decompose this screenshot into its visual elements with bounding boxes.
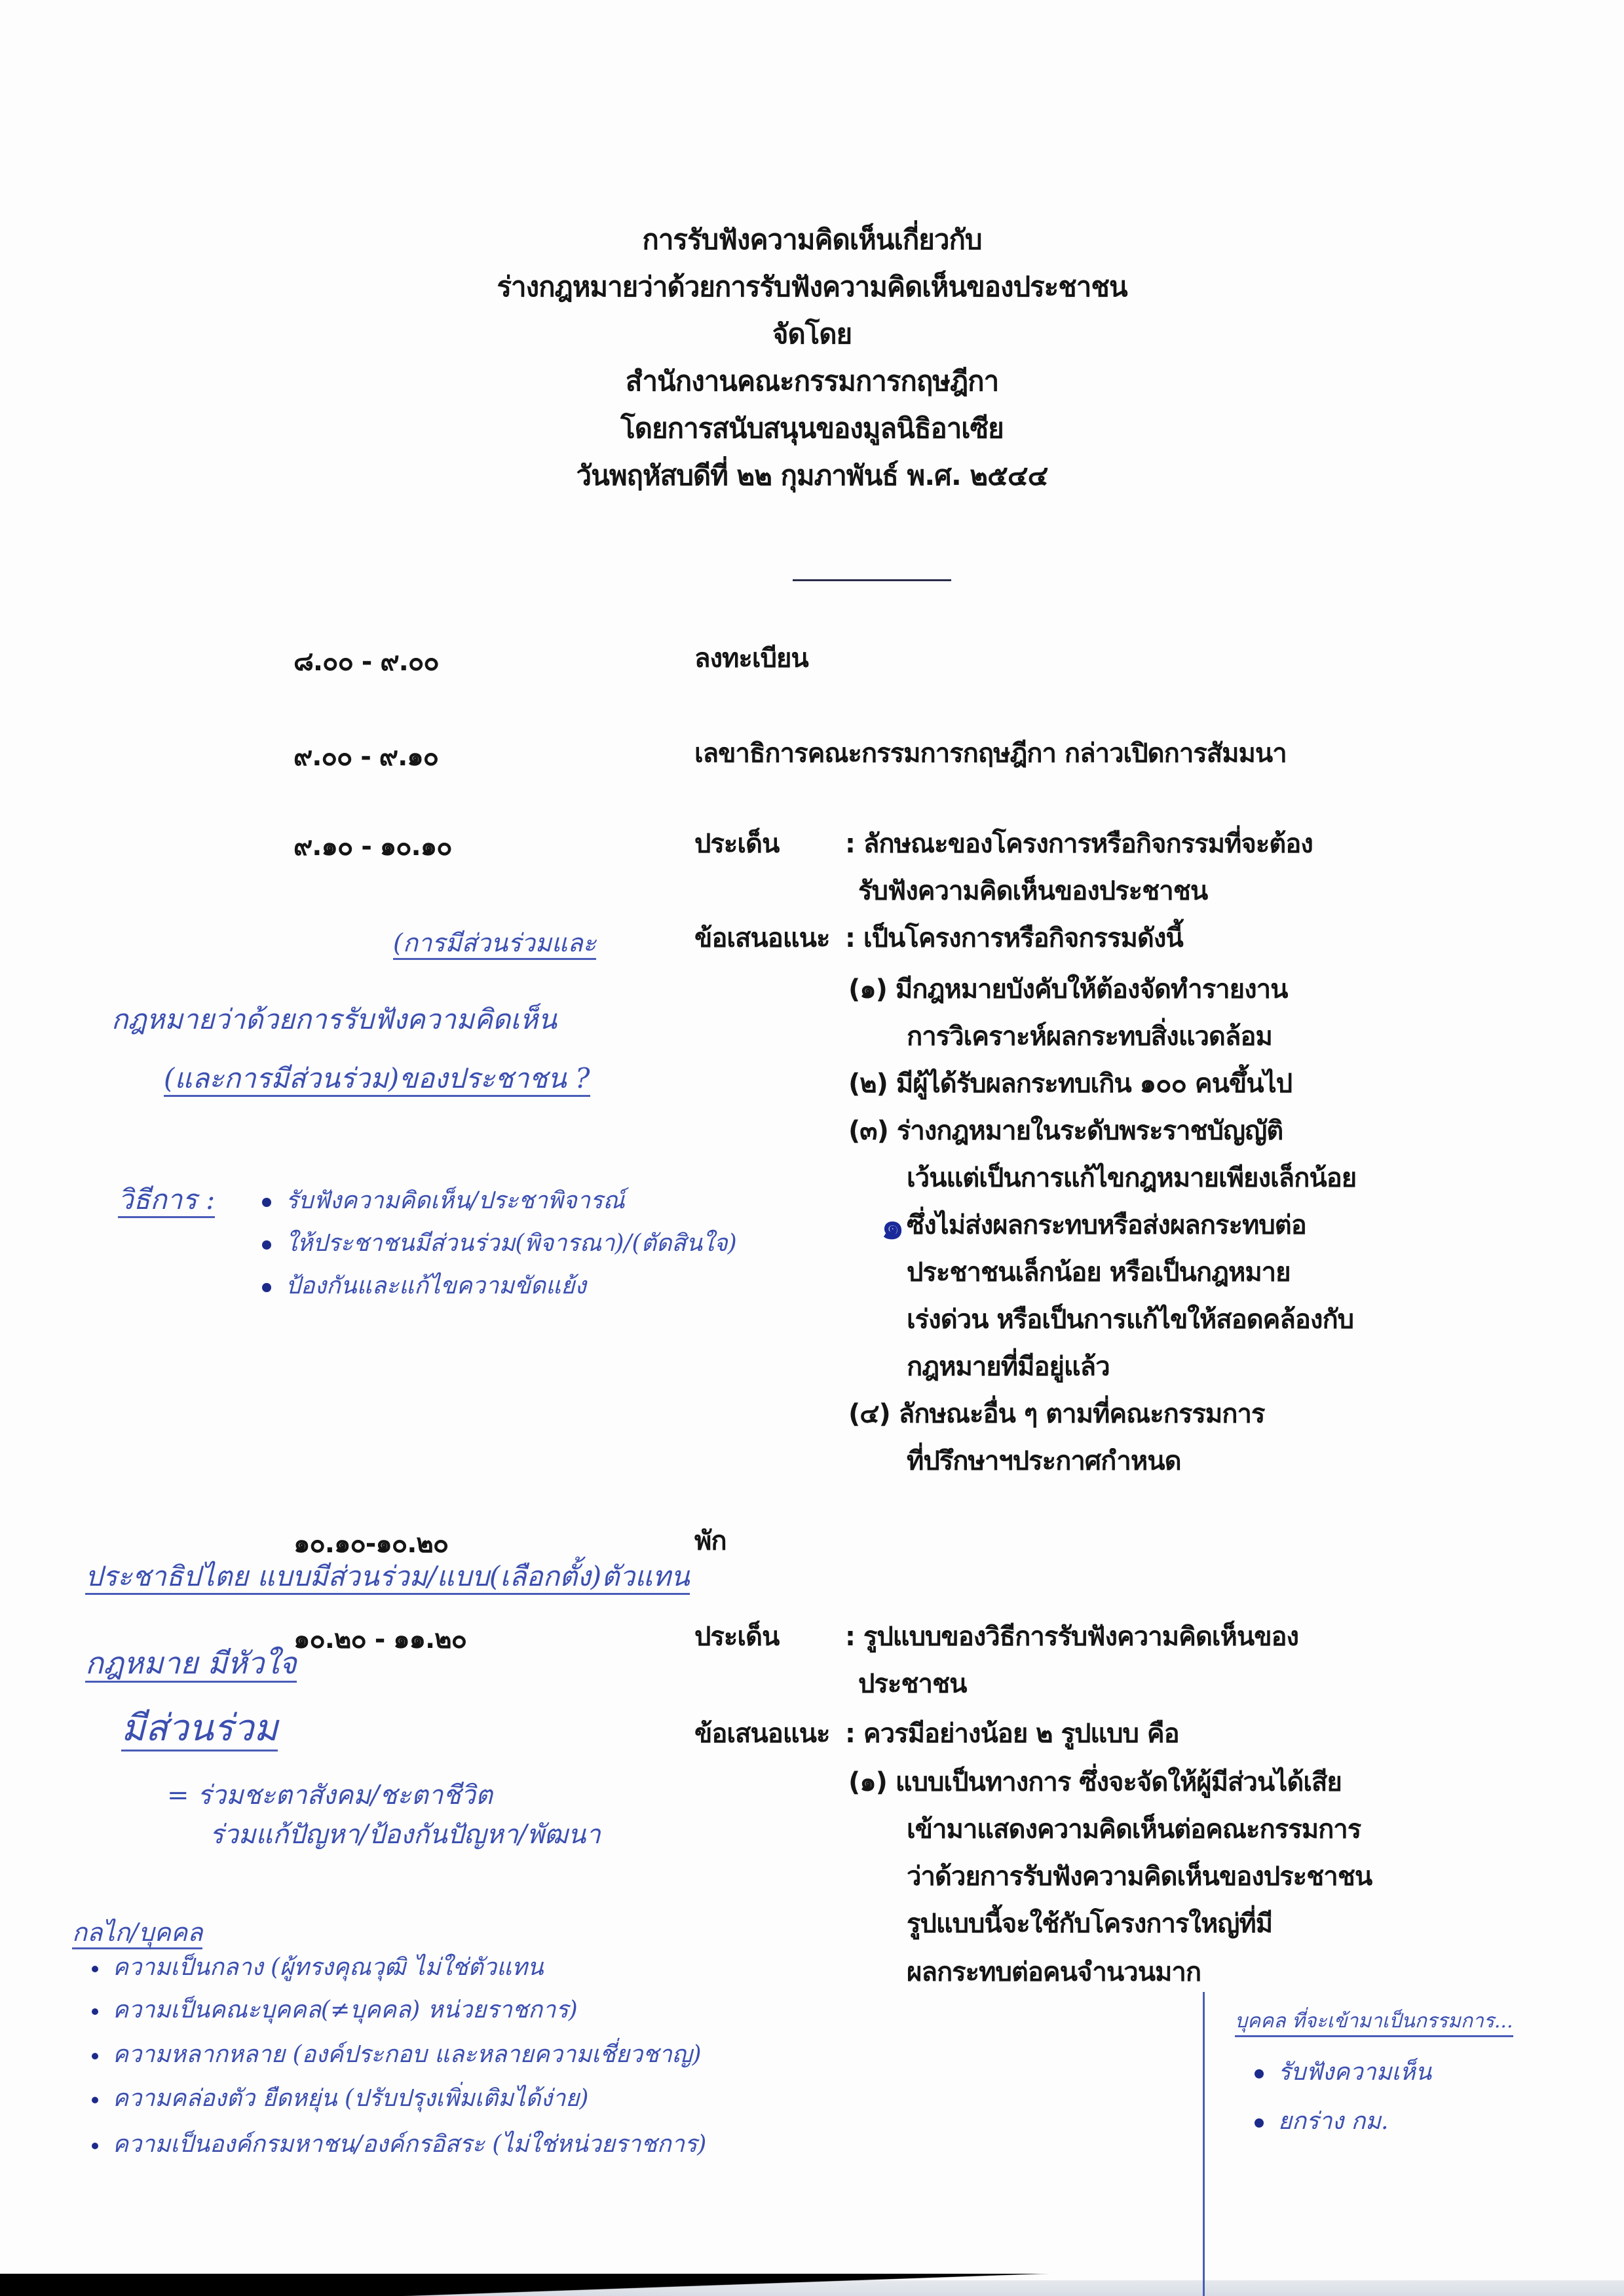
bullet-icon — [92, 2097, 98, 2103]
issue-line-3a: : ลักษณะของโครงการหรือกิจกรรมที่จะต้อง — [845, 831, 1313, 857]
bullet-icon — [92, 2053, 98, 2059]
proposal-item: (๑) มีกฎหมายบังคับให้ต้องจัดทำรายงาน — [848, 976, 1287, 1003]
proposal-item: ผลกระทบต่อคนจำนวนมาก — [907, 1959, 1201, 1985]
handwritten-method-item: รับฟังความคิดเห็น/ประชาพิจารณ์ — [262, 1189, 625, 1213]
bullet-icon — [262, 1198, 271, 1207]
handwritten-note-a: (การมีส่วนร่วมและ — [393, 930, 596, 960]
proposal-label-3: ข้อเสนอแนะ — [694, 925, 829, 951]
header-line-2: ร่างกฎหมายว่าด้วยการรับฟังความคิดเห็นของ… — [0, 263, 1624, 311]
circled-number-annotation: ๑ — [881, 1196, 905, 1255]
schedule-time-1: ๘.๐๐ - ๙.๐๐ — [293, 649, 439, 675]
handwritten-note-c: (และการมีส่วนร่วม)ของประชาชน ? — [164, 1065, 590, 1097]
schedule-activity-2: เลขาธิการคณะกรรมการกฤษฎีกา กล่าวเปิดการส… — [694, 740, 1287, 767]
proposal-text-3: : เป็นโครงการหรือกิจกรรมดังนี้ — [845, 925, 1183, 951]
handwritten-break-note: ประชาธิปไตย แบบมีส่วนร่วม/แบบ(เลือกตั้ง)… — [85, 1563, 690, 1595]
proposal-label-5: ข้อเสนอแนะ — [694, 1721, 829, 1747]
header-line-5: โดยการสนับสนุนของมูลนิธิอาเซีย — [0, 405, 1624, 452]
proposal-item: การวิเคราะห์ผลกระทบสิ่งแวดล้อม — [907, 1024, 1272, 1050]
header-line-3: จัดโดย — [0, 311, 1624, 358]
proposal-item: (๓) ร่างกฎหมายในระดับพระราชบัญญัติ — [848, 1118, 1283, 1144]
handwritten-mechanism-item: ความเป็นกลาง (ผู้ทรงคุณวุฒิ ไม่ใช่ตัวแทน — [92, 1956, 544, 1980]
bullet-icon — [92, 2008, 98, 2015]
handwritten-mechanism-label: กลไก/บุคคล — [72, 1920, 202, 1949]
bullet-icon — [92, 1966, 98, 1972]
handwritten-person-item: รับฟังความเห็น — [1255, 2061, 1431, 2084]
document-header: การรับฟังความคิดเห็นเกี่ยวกับ ร่างกฎหมาย… — [0, 216, 1624, 499]
bullet-icon — [1255, 2069, 1264, 2078]
handwritten-participation-line: = ร่วมชะตาสังคม/ชะตาชีวิต — [167, 1782, 493, 1808]
proposal-item: (๒) มีผู้ได้รับผลกระทบเกิน ๑๐๐ คนขึ้นไป — [848, 1071, 1292, 1097]
proposal-item: ที่ปรึกษาฯประกาศกำหนด — [907, 1448, 1181, 1474]
proposal-item: เข้ามาแสดงความคิดเห็นต่อคณะกรรมการ — [907, 1816, 1361, 1843]
header-line-4: สำนักงานคณะกรรมการกฤษฎีกา — [0, 358, 1624, 405]
handwritten-mechanism-item: ความเป็นคณะบุคคล(≠บุคคล) หน่วยราชการ) — [92, 1999, 578, 2022]
handwritten-mechanism-item: ความหลากหลาย (องค์ประกอบ และหลายความเชี่… — [92, 2043, 702, 2067]
header-line-6: วันพฤหัสบดีที่ ๒๒ กุมภาพันธ์ พ.ศ. ๒๕๔๔ — [0, 452, 1624, 499]
handwritten-participation-line: ร่วมแก้ปัญหา/ป้องกันปัญหา/พัฒนา — [210, 1822, 601, 1848]
handwritten-person-item: ยกร่าง กม. — [1255, 2110, 1388, 2133]
schedule-activity-1: ลงทะเบียน — [694, 645, 808, 672]
handwritten-method-item: ให้ประชาชนมีส่วนร่วม(พิจารณา)/(ตัดสินใจ) — [262, 1232, 737, 1255]
proposal-item: กฎหมายที่มีอยู่แล้ว — [907, 1354, 1110, 1380]
header-line-1: การรับฟังความคิดเห็นเกี่ยวกับ — [0, 216, 1624, 263]
bullet-icon — [92, 2143, 98, 2149]
issue-line-5a: : รูปแบบของวิธีการรับฟังความคิดเห็นของ — [845, 1624, 1298, 1650]
issue-label-5: ประเด็น — [694, 1624, 779, 1650]
bullet-icon — [262, 1240, 271, 1250]
schedule-time-4: ๑๐.๑๐-๑๐.๒๐ — [293, 1531, 448, 1557]
proposal-item: รูปแบบนี้จะใช้กับโครงการใหญ่ที่มี — [907, 1911, 1272, 1937]
proposal-item: ว่าด้วยการรับฟังความคิดเห็นของประชาชน — [907, 1864, 1372, 1890]
bullet-icon — [1255, 2118, 1264, 2128]
issue-line-5b: ประชาชน — [858, 1671, 966, 1697]
handwritten-mechanism-item: ความเป็นองค์กรมหาชน/องค์กรอิสระ (ไม่ใช่ห… — [92, 2133, 706, 2156]
proposal-item: เร่งด่วน หรือเป็นการแก้ไขให้สอดคล้องกับ — [907, 1307, 1353, 1333]
scan-shadow — [0, 2274, 1245, 2296]
handwritten-note-b: กฎหมายว่าด้วยการรับฟังความคิดเห็น — [111, 1006, 557, 1033]
proposal-item: ประชาชนเล็กน้อย หรือเป็นกฎหมาย — [907, 1259, 1291, 1286]
proposal-item: ซึ่งไม่ส่งผลกระทบหรือส่งผลกระทบต่อ — [907, 1212, 1306, 1238]
handwritten-methods-label: วิธีการ : — [118, 1186, 215, 1218]
issue-line-3b: รับฟังความคิดเห็นของประชาชน — [858, 878, 1207, 904]
bullet-icon — [262, 1283, 271, 1292]
schedule-activity-4: พัก — [694, 1528, 727, 1554]
handwritten-participation-title: มีส่วนร่วม — [121, 1710, 278, 1751]
handwritten-mechanism-item: ความคล่องตัว ยืดหยุ่น (ปรับปรุงเพิ่มเติม… — [92, 2087, 588, 2111]
proposal-item: (๔) ลักษณะอื่น ๆ ตามที่คณะกรรมการ — [848, 1401, 1264, 1427]
handwritten-person-label: บุคคล ที่จะเข้ามาเป็นกรรมการ... — [1235, 2012, 1513, 2031]
schedule-time-5: ๑๐.๒๐ - ๑๑.๒๐ — [293, 1626, 466, 1653]
handwritten-method-item: ป้องกันและแก้ไขความขัดแย้ง — [262, 1274, 586, 1298]
separator-line — [793, 579, 951, 581]
proposal-text-5: : ควรมีอย่างน้อย ๒ รูปแบบ คือ — [845, 1721, 1179, 1747]
schedule-time-3: ๙.๑๐ - ๑๐.๑๐ — [293, 833, 452, 860]
issue-label-3: ประเด็น — [694, 831, 779, 857]
proposal-item: (๑) แบบเป็นทางการ ซึ่งจะจัดให้ผู้มีส่วนไ… — [848, 1769, 1342, 1795]
handwritten-law-note: กฎหมาย มีหัวใจ — [85, 1648, 297, 1683]
handwritten-divider-line — [1203, 1992, 1205, 2296]
proposal-item: เว้นแต่เป็นการแก้ไขกฎหมายเพียงเล็กน้อย — [907, 1165, 1356, 1191]
schedule-time-2: ๙.๐๐ - ๙.๑๐ — [293, 744, 438, 770]
